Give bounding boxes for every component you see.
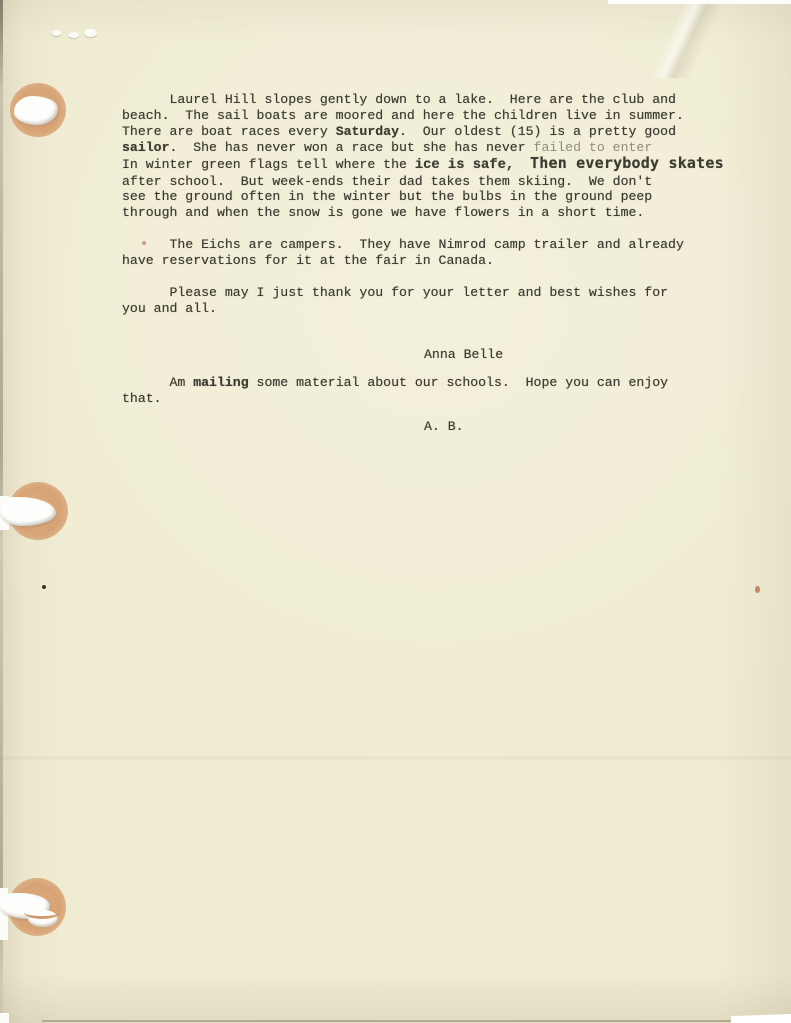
paper-crease-middle <box>0 748 791 766</box>
letter-line: you and all. <box>122 301 732 317</box>
punch-hole-middle <box>8 482 68 540</box>
letter-line: through and when the snow is gone we hav… <box>122 205 732 221</box>
paper-tear-speck <box>52 30 61 36</box>
signature: Anna Belle <box>424 347 732 363</box>
initials: A. B. <box>424 419 732 435</box>
letter-line: beach. The sail boats are moored and her… <box>122 108 732 124</box>
punch-hole-top <box>10 83 66 137</box>
letter-line: Please may I just thank you for your let… <box>122 285 732 301</box>
red-speck <box>755 586 760 593</box>
ink-dot <box>42 585 46 589</box>
page-corner-bottom-right <box>731 1014 791 1023</box>
letter-line: have reservations for it at the fair in … <box>122 253 732 269</box>
letter-line: In winter green flags tell where the ice… <box>122 156 732 174</box>
paper-tear-speck <box>84 29 97 37</box>
letter-line: after school. But week-ends their dad ta… <box>122 174 732 190</box>
letter-line: Laurel Hill slopes gently down to a lake… <box>122 92 732 108</box>
scanned-page: Laurel Hill slopes gently down to a lake… <box>0 0 791 1023</box>
punch-hole-bottom <box>8 878 66 936</box>
letter-line: that. <box>122 391 732 407</box>
letter-body: Laurel Hill slopes gently down to a lake… <box>122 0 732 435</box>
page-edge-bottom-shadow <box>42 1020 742 1022</box>
page-corner-bottom-left <box>0 1013 9 1023</box>
letter-line: The Eichs are campers. They have Nimrod … <box>122 237 732 253</box>
letter-line: see the ground often in the winter but t… <box>122 189 732 205</box>
paper-fiber <box>24 906 60 919</box>
paper-tear-speck <box>68 32 79 38</box>
paragraph-1: Laurel Hill slopes gently down to a lake… <box>122 92 732 221</box>
postscript: Am mailing some material about our schoo… <box>122 375 732 407</box>
letter-line: Am mailing some material about our schoo… <box>122 375 732 391</box>
letter-line: There are boat races every Saturday. Our… <box>122 124 732 140</box>
paragraph-2: The Eichs are campers. They have Nimrod … <box>122 237 732 269</box>
paragraph-3: Please may I just thank you for your let… <box>122 285 732 317</box>
